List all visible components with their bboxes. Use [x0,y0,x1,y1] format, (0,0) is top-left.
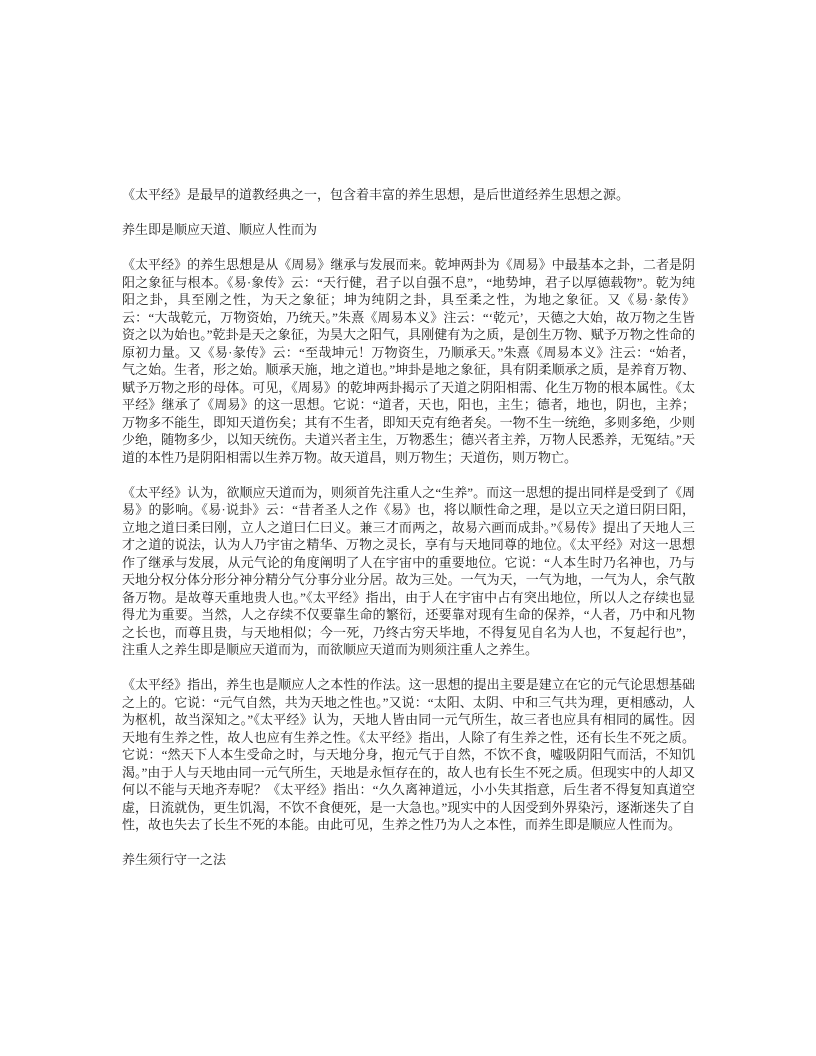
paragraph-renxing: 《太平经》指出，养生也是顺应人之本性的作法。这一思想的提出主要是建立在它的元气论… [122,676,695,834]
intro-paragraph: 《太平经》是最早的道教经典之一，包含着丰富的养生思想，是后世道经养生思想之源。 [122,186,695,204]
paragraph-zhouyi-qiankun: 《太平经》的养生思想是从《周易》继承与发展而来。乾坤两卦为《周易》中最基本之卦，… [122,256,695,466]
paragraph-shengyang: 《太平经》认为，欲顺应天道而为，则须首先注重人之“生养”。而这一思想的提出同样是… [122,484,695,659]
section-heading-shouyi: 养生须行守一之法 [122,851,695,869]
document-page: 《太平经》是最早的道教经典之一，包含着丰富的养生思想，是后世道经养生思想之源。 … [0,0,816,1056]
section-heading-tiandao: 养生即是顺应天道、顺应人性而为 [122,221,695,239]
